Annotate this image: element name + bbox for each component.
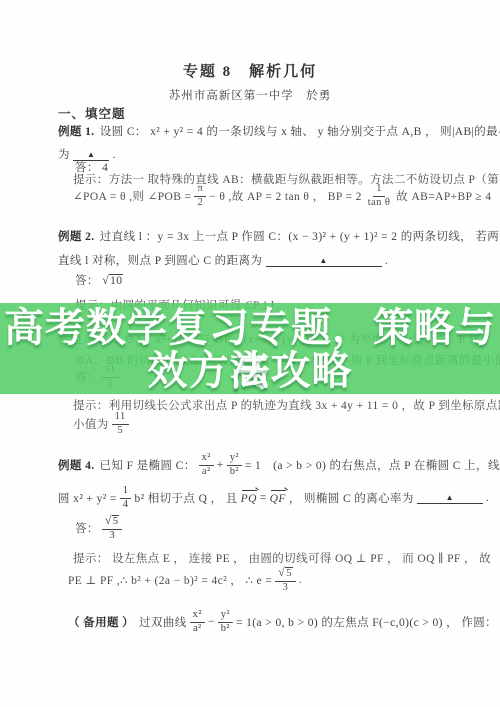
equals-sign: =	[260, 492, 267, 504]
hint-formula-segment: 故 AB=AP+BP ≥ 4	[396, 188, 491, 204]
problem-1-stem-text: 设圆 C： x² + y² = 4 的一条切线与 x 轴、 y 轴分别交于点 A…	[100, 126, 500, 138]
problem-4-stem-text: b² 相切于点 Q ， 且	[134, 490, 237, 506]
problem-2-label: 例题 2.	[58, 231, 95, 243]
problem-3-hint-line2: 小值为 115	[73, 410, 129, 438]
fraction-pi-over-2: π2	[194, 183, 206, 208]
spare-problem-text: 过双曲线	[139, 614, 187, 630]
problem-4-label: 例题 4.	[58, 457, 95, 473]
doc-title: 专题 8 解析几何	[0, 60, 500, 81]
spare-problem-label: （ 备用题 ）	[68, 614, 134, 630]
hint-formula-segment: PE ⊥ PF ,∴ b² + (2a − b)² = 4c² ， ∴ e =	[68, 572, 272, 588]
hint-formula-segment: − θ ,故 AP = 2 tan θ ， BP = 2	[209, 188, 362, 204]
problem-1-label: 例题 1.	[58, 126, 95, 138]
document-page: 专题 8 解析几何 苏州市高新区第一中学 於勇 一、填空题 例题 1. 设圆 C…	[0, 0, 500, 707]
hint-formula-segment: ∠POA = θ ,则 ∠POB =	[73, 188, 191, 204]
problem-2-answer-blank: ▲	[266, 256, 382, 267]
hint-formula-segment: .	[299, 574, 302, 586]
problem-3-hint-line1: 提示：利用切线长公式求出点 P 的轨迹为直线 3x + 4y + 11 = 0 …	[73, 397, 500, 413]
spare-problem-text: = 1(a > 0, b > 0) 的左焦点 F(−c,0)(c > 0) ， …	[236, 614, 497, 630]
problem-4-stem-line1: 例题 4. 已知 F 是椭圆 C： x²a² + y²b² = 1 (a > b…	[58, 449, 500, 481]
fraction-11-over-5: 115	[112, 411, 129, 436]
problem-4-stem-text: ， 则椭圆 C 的离心率为	[289, 490, 414, 506]
fraction-sqrt5-over-3: √53	[102, 514, 123, 541]
vector-QF: QF	[270, 491, 286, 505]
problem-2-stem2-prefix: 直线 l 对称，则点 P 到圆心 C 的距离为	[58, 255, 262, 267]
problem-4-stem-text: 圆 x² + y² =	[58, 490, 117, 506]
answer-value: 10	[109, 274, 123, 287]
problem-1-stem2-prefix: 为	[58, 149, 70, 161]
problem-1-hint-line2: ∠POA = θ ,则 ∠POB = π2 − θ ,故 AP = 2 tan …	[73, 182, 491, 210]
fraction-sqrt5-over-3: √53	[275, 566, 296, 593]
problem-4-hint-line1: 提示： 设左焦点 E ， 连接 PE ， 由圆的切线可得 OQ ⊥ PF ， 而…	[73, 550, 491, 566]
problem-4-answer: 答： √53	[75, 512, 122, 544]
problem-1-stem-line1: 例题 1. 设圆 C： x² + y² = 4 的一条切线与 x 轴、 y 轴分…	[58, 123, 500, 139]
promo-banner-text-line2: 效方法攻略	[0, 349, 500, 393]
hint-formula-segment: 小值为	[73, 416, 109, 432]
problem-2-answer: 答： √10	[75, 272, 123, 288]
spare-problem: （ 备用题 ） 过双曲线 x²a² − y²b² = 1(a > 0, b > …	[68, 605, 497, 639]
fraction-1-over-4: 14	[120, 485, 132, 510]
fraction-x2-over-a2: x²a²	[199, 452, 214, 477]
problem-2-stem-line1: 例题 2. 过直线 l ：y = 3x 上一点 P 作圆 C：(x − 3)² …	[58, 228, 500, 244]
problem-2-stem-line2: 直线 l 对称，则点 P 到圆心 C 的距离为 ▲ .	[58, 252, 388, 268]
section-heading: 一、填空题	[58, 104, 126, 122]
plus-sign: +	[217, 459, 224, 471]
problem-4-stem2-suffix: .	[486, 492, 489, 504]
promo-banner: 高考数学复习专题，策略与高 效方法攻略	[0, 303, 500, 394]
problem-4-hint-line2: PE ⊥ PF ,∴ b² + (2a − b)² = 4c² ， ∴ e = …	[68, 565, 302, 595]
problem-2-stem2-suffix: .	[385, 255, 388, 267]
answer-label: 答：	[75, 275, 99, 287]
answer-label: 答：	[75, 520, 99, 536]
problem-1-stem2-suffix: .	[112, 149, 115, 161]
problem-4-stem-text: 已知 F 是椭圆 C：	[100, 457, 196, 473]
vector-PQ: PQ	[241, 491, 257, 505]
problem-4-stem-line2: 圆 x² + y² = 14 b² 相切于点 Q ， 且 PQ = QF ， 则…	[58, 483, 489, 513]
problem-2-stem-text: 过直线 l ：y = 3x 上一点 P 作圆 C：(x − 3)² + (y +…	[100, 231, 500, 243]
doc-subtitle: 苏州市高新区第一中学 於勇	[0, 87, 500, 103]
sqrt-sign: √	[105, 513, 112, 527]
problem-4-answer-blank: ▲	[417, 493, 483, 504]
minus-sign: −	[208, 616, 215, 628]
fraction-1-over-tan: 1tan θ	[365, 183, 393, 208]
fraction-y2-over-b2: y²b²	[227, 452, 242, 477]
fraction-x2-over-a2: x²a²	[190, 609, 205, 634]
fraction-y2-over-b2: y²b²	[218, 609, 233, 634]
problem-4-stem-text: = 1 (a > b > 0) 的右焦点，点 P 在椭圆 C 上，线段 PF 与	[245, 457, 500, 473]
